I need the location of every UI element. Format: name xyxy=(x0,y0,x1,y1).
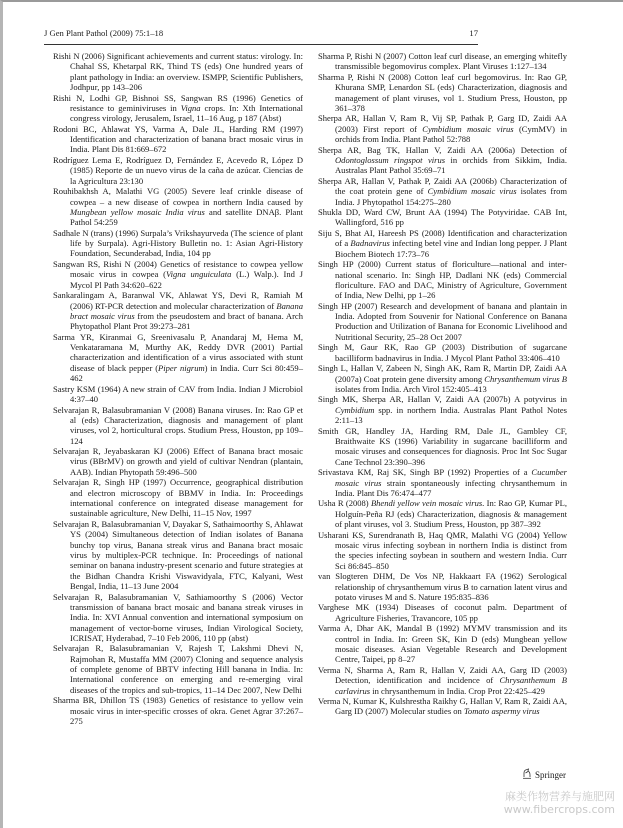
reference-entry: Verma N, Sharma A, Ram R, Hallan V, Zaid… xyxy=(318,665,567,696)
reference-text: Rishi N (2006) Significant achievements … xyxy=(53,51,303,92)
reference-entry: Usha R (2008) Bhendi yellow vein mosaic … xyxy=(318,498,567,529)
reference-text: Varma A, Dhar AK, Mandal B (1992) MYMV t… xyxy=(318,623,567,664)
reference-entry: Singh L, Hallan V, Zabeen N, Singh AK, R… xyxy=(318,363,567,394)
watermark-url: www.fibercrops.com xyxy=(495,803,615,816)
reference-entry: Rouhibakhsh A, Malathi VG (2005) Severe … xyxy=(53,186,303,227)
reference-text: Selvarajan R, Balasubramanian V, Sathiam… xyxy=(53,592,303,643)
reference-entry: Selvarajan R, Balasubramanian V, Dayakar… xyxy=(53,519,303,591)
reference-entry: Varma A, Dhar AK, Mandal B (1992) MYMV t… xyxy=(318,623,567,664)
watermark-chinese: 麻类作物营养与施肥网 xyxy=(495,790,615,803)
running-header: J Gen Plant Pathol (2009) 75:1–18 17 xyxy=(44,28,478,38)
species-name-italic: Cymbidium xyxy=(335,405,374,415)
reference-text: Singh HP (2007) Research and development… xyxy=(318,301,567,342)
reference-entry: Selvarajan R, Singh HP (1997) Occurrence… xyxy=(53,477,303,518)
reference-entry: Rodríguez Lema E, Rodríguez D, Fernández… xyxy=(53,155,303,186)
reference-text: Singh M, Gaur RK, Rao GP (2003) Distribu… xyxy=(318,342,567,362)
species-name-italic: Mungbean yellow mosaic India virus xyxy=(70,207,205,217)
reference-text: Singh HP (2000) Current status of floric… xyxy=(318,259,567,300)
species-name-italic: Bhendi yellow vein mosaic virus xyxy=(371,498,482,508)
reference-text: Rouhibakhsh A, Malathi VG (2005) Severe … xyxy=(53,186,303,206)
reference-entry: Singh HP (2000) Current status of floric… xyxy=(318,259,567,300)
references-left-column: Rishi N (2006) Significant achievements … xyxy=(53,51,303,727)
reference-text: Smith GR, Handley JA, Harding RM, Dale J… xyxy=(318,426,567,467)
reference-entry: Sherpa AR, Hallan V, Pathak P, Zaidi AA … xyxy=(318,176,567,207)
species-name-italic: Odontoglossum ringspot virus xyxy=(335,155,445,165)
publisher-name: Springer xyxy=(535,770,566,780)
reference-entry: Verma N, Kumar K, Kulshrestha Raikhy G, … xyxy=(318,696,567,717)
reference-text: Sadhale N (trans) (1996) Surpala’s Vriks… xyxy=(53,228,303,259)
reference-entry: Singh HP (2007) Research and development… xyxy=(318,301,567,342)
reference-text: Selvarajan R, Balasubramanian V, Rajesh … xyxy=(53,643,303,694)
reference-text: Sharma BR, Dhillon TS (1983) Genetics of… xyxy=(53,695,303,726)
reference-text: isolates from India. Arch Virol 152:405–… xyxy=(335,384,487,394)
species-name-italic: Chrysanthemum virus B xyxy=(484,374,567,384)
journal-citation: J Gen Plant Pathol (2009) 75:1–18 xyxy=(44,28,163,38)
springer-horse-logo-icon xyxy=(522,768,532,781)
reference-text: in chrysanthemum in India. Crop Prot 22:… xyxy=(370,686,545,696)
reference-text: Sastry KSM (1964) A new strain of CAV fr… xyxy=(53,384,303,404)
reference-text: Selvarajan R, Balasubramanian V (2008) B… xyxy=(53,405,303,446)
reference-entry: Varghese MK (1934) Diseases of coconut p… xyxy=(318,602,567,623)
reference-entry: Singh M, Gaur RK, Rao GP (2003) Distribu… xyxy=(318,342,567,363)
page-number: 17 xyxy=(469,28,478,38)
reference-entry: Selvarajan R, Jeyabaskaran KJ (2006) Eff… xyxy=(53,446,303,477)
reference-entry: van Slogteren DHM, De Vos NP, Hakkaart F… xyxy=(318,571,567,602)
reference-text: Shukla DD, Ward CW, Brunt AA (1994) The … xyxy=(318,207,567,227)
species-name-italic: Vigna xyxy=(181,103,201,113)
reference-text: Selvarajan R, Balasubramanian V, Dayakar… xyxy=(53,519,303,591)
species-name-italic: Tomato aspermy virus xyxy=(464,706,540,716)
species-name-italic: Vigna unguiculata xyxy=(166,269,231,279)
species-name-italic: Piper nigrum xyxy=(158,363,205,373)
reference-entry: Sharma P, Rishi N (2007) Cotton leaf cur… xyxy=(318,51,567,72)
reference-entry: Rishi N, Lodhi GP, Bishnoi SS, Sangwan R… xyxy=(53,93,303,124)
reference-entry: Sarma YR, Kiranmai G, Sreenivasalu P, An… xyxy=(53,332,303,384)
reference-text: Singh MK, Sherpa AR, Hallan V, Zaidi AA … xyxy=(318,394,567,404)
species-name-italic: Cymbidium mosaic virus xyxy=(428,186,517,196)
reference-entry: Sharma P, Rishi N (2008) Cotton leaf cur… xyxy=(318,72,567,113)
reference-entry: Srivastava KM, Raj SK, Singh BP (1992) P… xyxy=(318,467,567,498)
reference-entry: Smith GR, Handley JA, Harding RM, Dale J… xyxy=(318,426,567,467)
reference-entry: Selvarajan R, Balasubramanian V, Sathiam… xyxy=(53,592,303,644)
reference-text: Sherpa AR, Bag TK, Hallan V, Zaidi AA (2… xyxy=(318,145,567,155)
species-name-italic: Badnavirus xyxy=(350,238,389,248)
reference-entry: Sankaralingam A, Baranwal VK, Ahlawat YS… xyxy=(53,290,303,331)
reference-entry: Sangwan RS, Rishi N (2004) Genetics of r… xyxy=(53,259,303,290)
reference-text: Selvarajan R, Singh HP (1997) Occurrence… xyxy=(53,477,303,518)
reference-text: Rodoni BC, Ahlawat YS, Varma A, Dale JL,… xyxy=(53,124,303,155)
reference-entry: Shukla DD, Ward CW, Brunt AA (1994) The … xyxy=(318,207,567,228)
reference-entry: Sherpa AR, Hallan V, Ram R, Vij SP, Path… xyxy=(318,113,567,144)
header-rule xyxy=(44,44,478,45)
site-watermark: 麻类作物营养与施肥网 www.fibercrops.com xyxy=(495,790,615,816)
reference-text: Sankaralingam A, Baranwal VK, Ahlawat YS… xyxy=(53,290,303,310)
reference-entry: Sastry KSM (1964) A new strain of CAV fr… xyxy=(53,384,303,405)
reference-entry: Selvarajan R, Balasubramanian V (2008) B… xyxy=(53,405,303,446)
reference-entry: Sadhale N (trans) (1996) Surpala’s Vriks… xyxy=(53,228,303,259)
reference-text: Sharma P, Rishi N (2007) Cotton leaf cur… xyxy=(318,51,567,71)
reference-entry: Siju S, Bhat AI, Hareesh PS (2008) Ident… xyxy=(318,228,567,259)
reference-text: Selvarajan R, Jeyabaskaran KJ (2006) Eff… xyxy=(53,446,303,477)
reference-text: Varghese MK (1934) Diseases of coconut p… xyxy=(318,602,567,622)
reference-text: Usharani KS, Surendranath B, Haq QMR, Ma… xyxy=(318,530,567,571)
reference-entry: Sharma BR, Dhillon TS (1983) Genetics of… xyxy=(53,695,303,726)
reference-text: Rodríguez Lema E, Rodríguez D, Fernández… xyxy=(53,155,303,186)
reference-text: van Slogteren DHM, De Vos NP, Hakkaart F… xyxy=(318,571,567,602)
reference-text: Srivastava KM, Raj SK, Singh BP (1992) P… xyxy=(318,467,531,477)
reference-entry: Rodoni BC, Ahlawat YS, Varma A, Dale JL,… xyxy=(53,124,303,155)
reference-entry: Usharani KS, Surendranath B, Haq QMR, Ma… xyxy=(318,530,567,571)
publisher-logo: Springer xyxy=(522,768,566,781)
reference-entry: Sherpa AR, Bag TK, Hallan V, Zaidi AA (2… xyxy=(318,145,567,176)
reference-text: Sharma P, Rishi N (2008) Cotton leaf cur… xyxy=(318,72,567,113)
reference-text: Usha R (2008) xyxy=(318,498,371,508)
reference-entry: Singh MK, Sherpa AR, Hallan V, Zaidi AA … xyxy=(318,394,567,425)
reference-entry: Rishi N (2006) Significant achievements … xyxy=(53,51,303,92)
references-right-column: Sharma P, Rishi N (2007) Cotton leaf cur… xyxy=(318,51,567,717)
reference-entry: Selvarajan R, Balasubramanian V, Rajesh … xyxy=(53,643,303,695)
species-name-italic: Cymbidium mosaic virus xyxy=(422,124,513,134)
